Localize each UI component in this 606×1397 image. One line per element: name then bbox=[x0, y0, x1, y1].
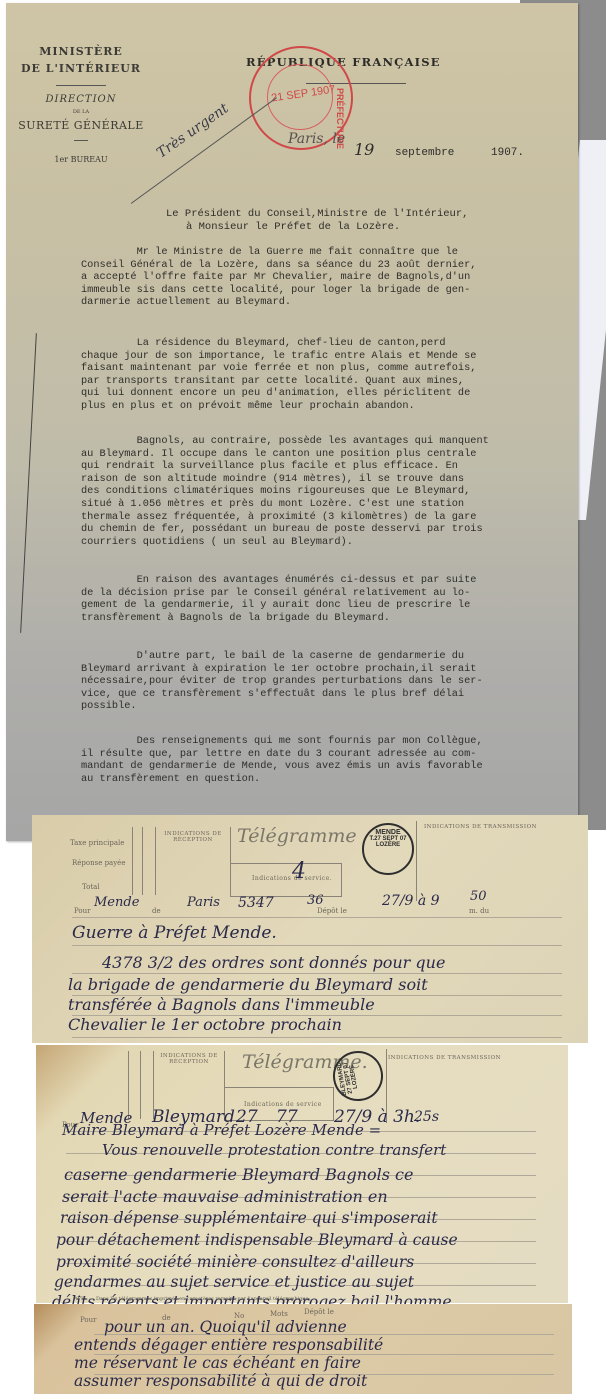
telegram-line-2: entends dégager entière responsabilité bbox=[74, 1336, 383, 1354]
telegram-line-2: 4378 3/2 des ordres sont donnés pour que bbox=[102, 953, 445, 972]
ruled-line bbox=[72, 973, 562, 974]
pour-value: Mende bbox=[94, 895, 139, 910]
telegram-line-3: me réservant le cas échéant en faire bbox=[74, 1354, 361, 1372]
postmark-bottom: LOZÈRE bbox=[364, 842, 412, 848]
paragraph-6: Des renseignements qui me sont fournis p… bbox=[81, 735, 581, 785]
bleymard-postmark: BLEYMARD 27 SEPT 07 LOZÈRE bbox=[329, 1047, 387, 1105]
telegram-line-7: proximité société minière consultez d'ai… bbox=[56, 1253, 414, 1271]
date-month: septembre bbox=[395, 147, 454, 159]
depot-label: Dépôt le bbox=[304, 1308, 334, 1316]
telegram-line-1: pour un an. Quoiqu'il advienne bbox=[104, 1318, 347, 1336]
address-line2: à Monsieur le Préfet de la Lozère. bbox=[166, 221, 468, 234]
de-value: Paris bbox=[187, 895, 220, 910]
telegram-line-3: la brigade de gendarmerie du Bleymard so… bbox=[68, 975, 428, 994]
date-year: 1907. bbox=[491, 147, 524, 159]
grid-line bbox=[416, 821, 417, 901]
paragraph-3: Bagnols, au contraire, possède les avant… bbox=[81, 435, 581, 548]
depot-label: Dépôt le bbox=[317, 907, 347, 915]
margin-pencil-line bbox=[20, 333, 37, 633]
place-label: Paris, le bbox=[288, 131, 345, 147]
postmark-top: MENDE bbox=[364, 829, 412, 836]
surete-label: SURETÉ GÉNÉRALE bbox=[6, 119, 156, 132]
mots-label: Mots bbox=[270, 1310, 288, 1318]
grid-line bbox=[140, 1051, 141, 1119]
telegram-footer-notice: AVIS. — Dans les télégrammes imprimés en… bbox=[74, 1296, 313, 1302]
ministry-line1: MINISTÈRE bbox=[6, 43, 156, 60]
ruled-line bbox=[72, 945, 562, 946]
taxe-label: Taxe principale bbox=[70, 839, 124, 847]
paragraph-1: Mr le Ministre de la Guerre me fait conn… bbox=[81, 246, 581, 309]
telegram-line-1: Maire Bleymard à Préfet Lozère Mende = bbox=[62, 1121, 381, 1139]
letterhead-left: MINISTÈRE DE L'INTÉRIEUR DIRECTION DE LA… bbox=[6, 43, 156, 164]
ruled-line bbox=[72, 1037, 562, 1038]
total-label: Total bbox=[82, 883, 100, 891]
ministry-line2: DE L'INTÉRIEUR bbox=[6, 60, 156, 77]
telegram-line-5: raison dépense supplémentaire qui s'impo… bbox=[60, 1209, 438, 1227]
pour-label: Pour bbox=[74, 907, 91, 915]
mde-label: m. du bbox=[469, 907, 489, 915]
paragraph-2: La résidence du Bleymard, chef-lieu de c… bbox=[81, 337, 581, 413]
no-value: 5347 bbox=[238, 895, 274, 911]
telegram-line-4: transférée à Bagnols dans l'immeuble bbox=[68, 995, 375, 1014]
telegram-3: Pour de No Mots Dépôt le pour un an. Quo… bbox=[34, 1304, 572, 1394]
ruled-line bbox=[72, 917, 562, 918]
pour-label: Pour bbox=[80, 1316, 97, 1324]
de-la-label: DE LA bbox=[6, 109, 156, 115]
telegram-line-4: assumer responsabilité à qui de droit bbox=[74, 1372, 367, 1390]
transmission-label: INDICATIONS DE TRANSMISSION bbox=[388, 1055, 501, 1061]
mots-value: 36 bbox=[307, 893, 324, 908]
transmission-label: INDICATIONS DE TRANSMISSION bbox=[424, 824, 537, 830]
mende-postmark: MENDE T.27 SEPT 07 LOZÈRE bbox=[362, 823, 414, 875]
letter-date: 19 septembre 1907. bbox=[354, 140, 524, 159]
de-label: de bbox=[152, 907, 161, 915]
urgent-annotation: Très urgent bbox=[154, 100, 232, 161]
service-annotation: 4 bbox=[292, 859, 306, 884]
letter-address: Le Président du Conseil,Ministre de l'In… bbox=[166, 208, 468, 234]
telegram-line-2: Vous renouvelle protestation contre tran… bbox=[102, 1141, 446, 1159]
grid-line bbox=[132, 827, 133, 895]
reception-label: INDICATIONS DE RÉCEPTION bbox=[158, 1053, 220, 1065]
address-line1: Le Président du Conseil,Ministre de l'In… bbox=[166, 208, 468, 221]
divider bbox=[56, 85, 106, 86]
typed-letter: MINISTÈRE DE L'INTÉRIEUR DIRECTION DE LA… bbox=[6, 3, 578, 841]
paragraph-4: En raison des avantages énumérés ci-dess… bbox=[81, 574, 581, 624]
grid-line bbox=[155, 827, 156, 895]
telegram-1: Taxe principale Réponse payée Total INDI… bbox=[32, 815, 588, 1043]
grid-line bbox=[142, 827, 143, 895]
date-day: 19 bbox=[354, 140, 374, 159]
time-value: 50 bbox=[470, 889, 487, 904]
telegram-line-6: pour détachement indispensable Bleymard … bbox=[56, 1231, 458, 1249]
telegram-line-8: gendarmes au sujet service et justice au… bbox=[54, 1273, 414, 1291]
telegram-2: INDICATIONS DE RÉCEPTION Télégramme. Ind… bbox=[36, 1045, 568, 1303]
telegram-line-3: caserne gendarmerie Bleymard Bagnols ce bbox=[64, 1165, 413, 1184]
direction-label: DIRECTION bbox=[6, 94, 156, 105]
depot-value: 27/9 à 9 bbox=[382, 893, 440, 909]
time-value: 25s bbox=[414, 1109, 439, 1125]
telegram-title: Télégramme bbox=[237, 825, 357, 847]
bureau-label: 1er BUREAU bbox=[6, 155, 156, 164]
telegram-line-1: Guerre à Préfet Mende. bbox=[72, 923, 277, 943]
paragraph-5: D'autre part, le bail de la caserne de g… bbox=[81, 650, 581, 713]
reponse-label: Réponse payée bbox=[72, 859, 125, 867]
telegram-line-5: Chevalier le 1er octobre prochain bbox=[68, 1015, 342, 1034]
reception-label: INDICATIONS DE RÉCEPTION bbox=[162, 831, 224, 843]
telegram-line-4: serait l'acte mauvaise administration en bbox=[62, 1187, 388, 1206]
divider bbox=[74, 140, 88, 141]
